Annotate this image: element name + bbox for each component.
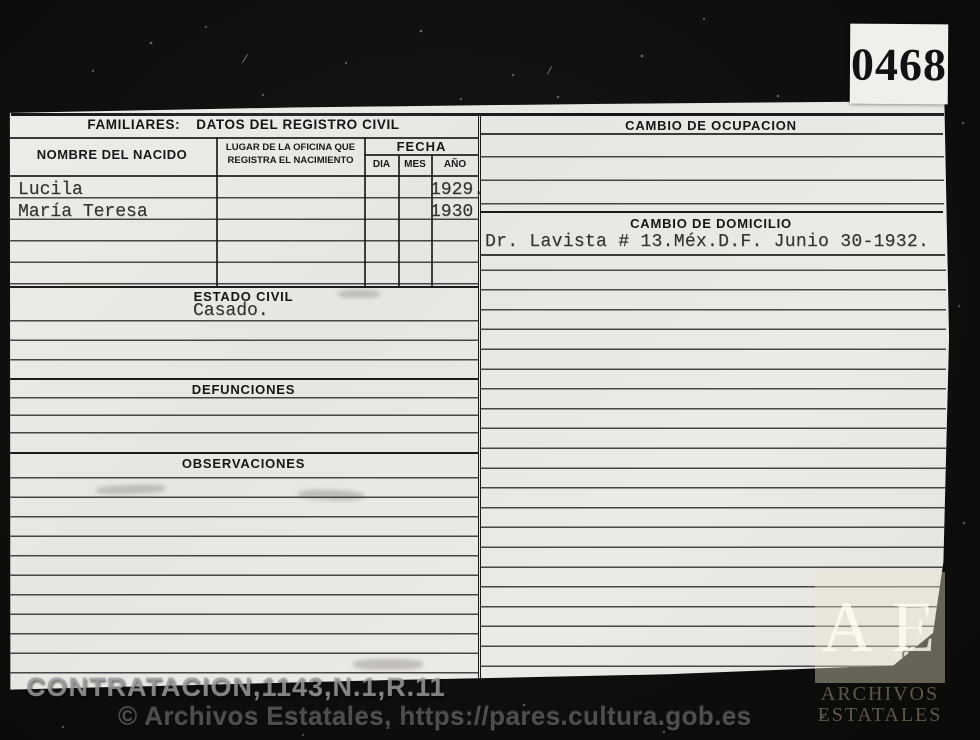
- section-divider: [481, 211, 943, 213]
- col-header-anio: AÑO: [432, 159, 478, 170]
- col-header-lugar-line1: LUGAR DE LA OFICINA QUE: [218, 142, 363, 155]
- wordmark-line1: ARCHIVOS: [813, 684, 947, 705]
- ruled-lines: [10, 381, 478, 436]
- ruled-lines: [10, 459, 478, 687]
- col-header-nombre: NOMBRE DEL NACIDO: [8, 147, 216, 162]
- smudge: [338, 290, 380, 298]
- archivos-estatales-wordmark: ARCHIVOS ESTATALES: [813, 684, 947, 726]
- ae-logo: AE: [815, 572, 945, 683]
- col-header-mes: MES: [399, 159, 431, 170]
- domicilio-value: Dr. Lavista # 13.Méx.D.F. Junio 30-1932.: [485, 232, 929, 252]
- familiares-label: FAMILIARES:: [87, 117, 180, 132]
- table-row-anio: 1929.: [430, 180, 484, 200]
- col-header-lugar-line2: REGISTRA EL NACIMIENTO: [218, 155, 363, 168]
- reference-watermark: CONTRATACION,1143,N.1,R.11: [26, 672, 446, 703]
- table-row-anio: 1930: [430, 202, 473, 222]
- smudge: [353, 659, 423, 670]
- scratch-mark: [242, 54, 248, 63]
- cambio-domicilio-title: CAMBIO DE DOMICILIO: [479, 216, 943, 231]
- ae-monogram: AE: [807, 586, 953, 669]
- rule-line: [364, 154, 478, 156]
- folio-number: 0468: [851, 37, 947, 91]
- cambio-ocupacion-title: CAMBIO DE OCUPACION: [479, 118, 943, 133]
- copyright-watermark: © Archivos Estatales, https://pares.cult…: [118, 701, 751, 732]
- table-row-nombre: María Teresa: [18, 202, 148, 222]
- col-header-dia: DIA: [365, 159, 398, 170]
- section-divider: [10, 452, 478, 454]
- scanned-document-page: 0468 FAMILIARES: DATOS DEL REGISTRO CIVI…: [0, 0, 980, 740]
- wordmark-line2: ESTATALES: [813, 705, 947, 726]
- registro-civil-title: DATOS DEL REGISTRO CIVIL: [196, 117, 399, 132]
- table-row-nombre: Lucila: [18, 180, 83, 200]
- scratch-mark: [547, 66, 552, 74]
- col-header-lugar: LUGAR DE LA OFICINA QUE REGISTRA EL NACI…: [218, 142, 363, 167]
- ruled-lines: [10, 302, 478, 364]
- folio-label: 0468: [850, 24, 949, 105]
- dust-specks: [0, 0, 2, 2]
- familiares-header: FAMILIARES: DATOS DEL REGISTRO CIVIL: [8, 117, 479, 132]
- col-header-fecha: FECHA: [365, 139, 478, 154]
- ruled-lines: [481, 134, 944, 207]
